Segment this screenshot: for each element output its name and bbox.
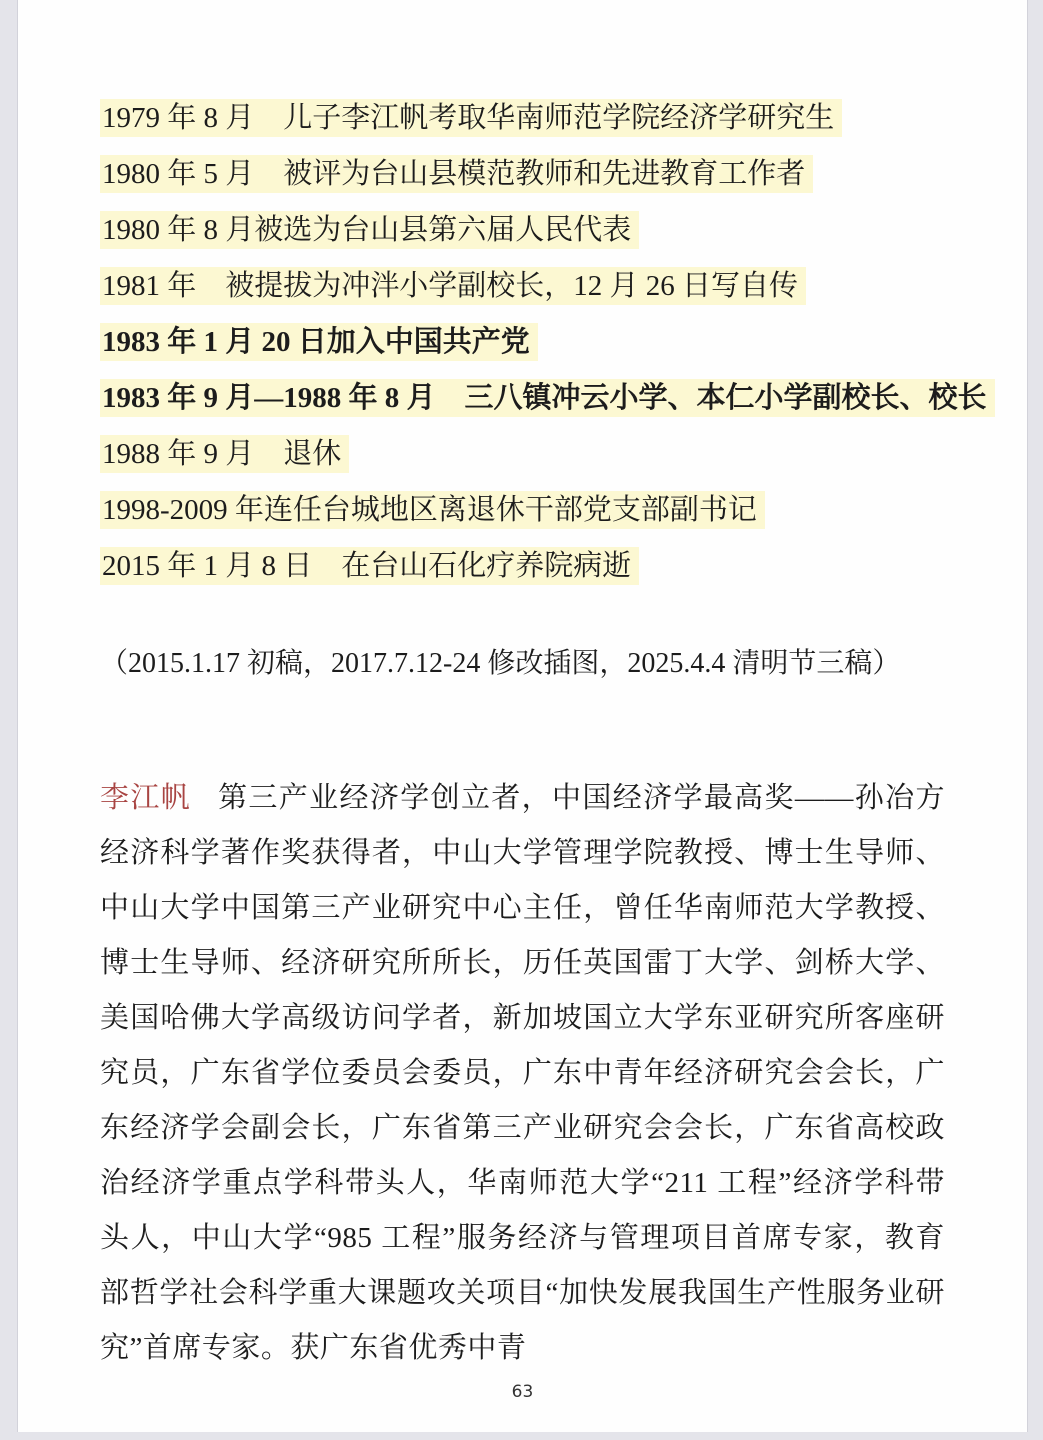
timeline-entry: 1980 年 8 月被选为台山县第六届人民代表 (100, 211, 945, 249)
timeline-entry: 1998-2009 年连任台城地区离退休干部党支部副书记 (100, 491, 945, 529)
highlighted-text: 1980 年 5 月 被评为台山县模范教师和先进教育工作者 (100, 155, 813, 193)
timeline-section: 1979 年 8 月 儿子李江帆考取华南师范学院经济学研究生 1980 年 5 … (100, 99, 945, 585)
timeline-entry: 1983 年 1 月 20 日加入中国共产党 (100, 323, 945, 361)
document-viewer: 1979 年 8 月 儿子李江帆考取华南师范学院经济学研究生 1980 年 5 … (0, 0, 1043, 1440)
highlighted-text: 2015 年 1 月 8 日 在台山石化疗养院病逝 (100, 547, 639, 585)
document-page: 1979 年 8 月 儿子李江帆考取华南师范学院经济学研究生 1980 年 5 … (17, 0, 1028, 1432)
highlighted-text: 1998-2009 年连任台城地区离退休干部党支部副书记 (100, 491, 765, 529)
timeline-entry: 1983 年 9 月—1988 年 8 月 三八镇冲云小学、本仁小学副校长、校长 (100, 379, 945, 417)
highlighted-text: 1988 年 9 月 退休 (100, 435, 349, 473)
highlighted-text: 1979 年 8 月 儿子李江帆考取华南师范学院经济学研究生 (100, 99, 842, 137)
timeline-entry: 1988 年 9 月 退休 (100, 435, 945, 473)
bio-paragraph: 李江帆第三产业经济学创立者，中国经济学最高奖——孙冶方经济科学著作奖获得者，中山… (100, 771, 945, 1376)
timeline-entry: 1980 年 5 月 被评为台山县模范教师和先进教育工作者 (100, 155, 945, 193)
timeline-entry: 2015 年 1 月 8 日 在台山石化疗养院病逝 (100, 547, 945, 585)
highlighted-text: 1983 年 1 月 20 日加入中国共产党 (100, 323, 538, 361)
draft-note: （2015.1.17 初稿，2017.7.12-24 修改插图，2025.4.4… (100, 645, 945, 683)
timeline-entry: 1979 年 8 月 儿子李江帆考取华南师范学院经济学研究生 (100, 99, 945, 137)
highlighted-text: 1980 年 8 月被选为台山县第六届人民代表 (100, 211, 639, 249)
page-number: 63 (100, 1382, 945, 1402)
bio-text: 第三产业经济学创立者，中国经济学最高奖——孙冶方经济科学著作奖获得者，中山大学管… (100, 782, 945, 1364)
timeline-entry: 1981 年 被提拔为冲泮小学副校长，12 月 26 日写自传 (100, 267, 945, 305)
bio-name: 李江帆 (100, 782, 191, 814)
highlighted-text: 1981 年 被提拔为冲泮小学副校长，12 月 26 日写自传 (100, 267, 806, 305)
highlighted-text: 1983 年 9 月—1988 年 8 月 三八镇冲云小学、本仁小学副校长、校长 (100, 379, 995, 417)
